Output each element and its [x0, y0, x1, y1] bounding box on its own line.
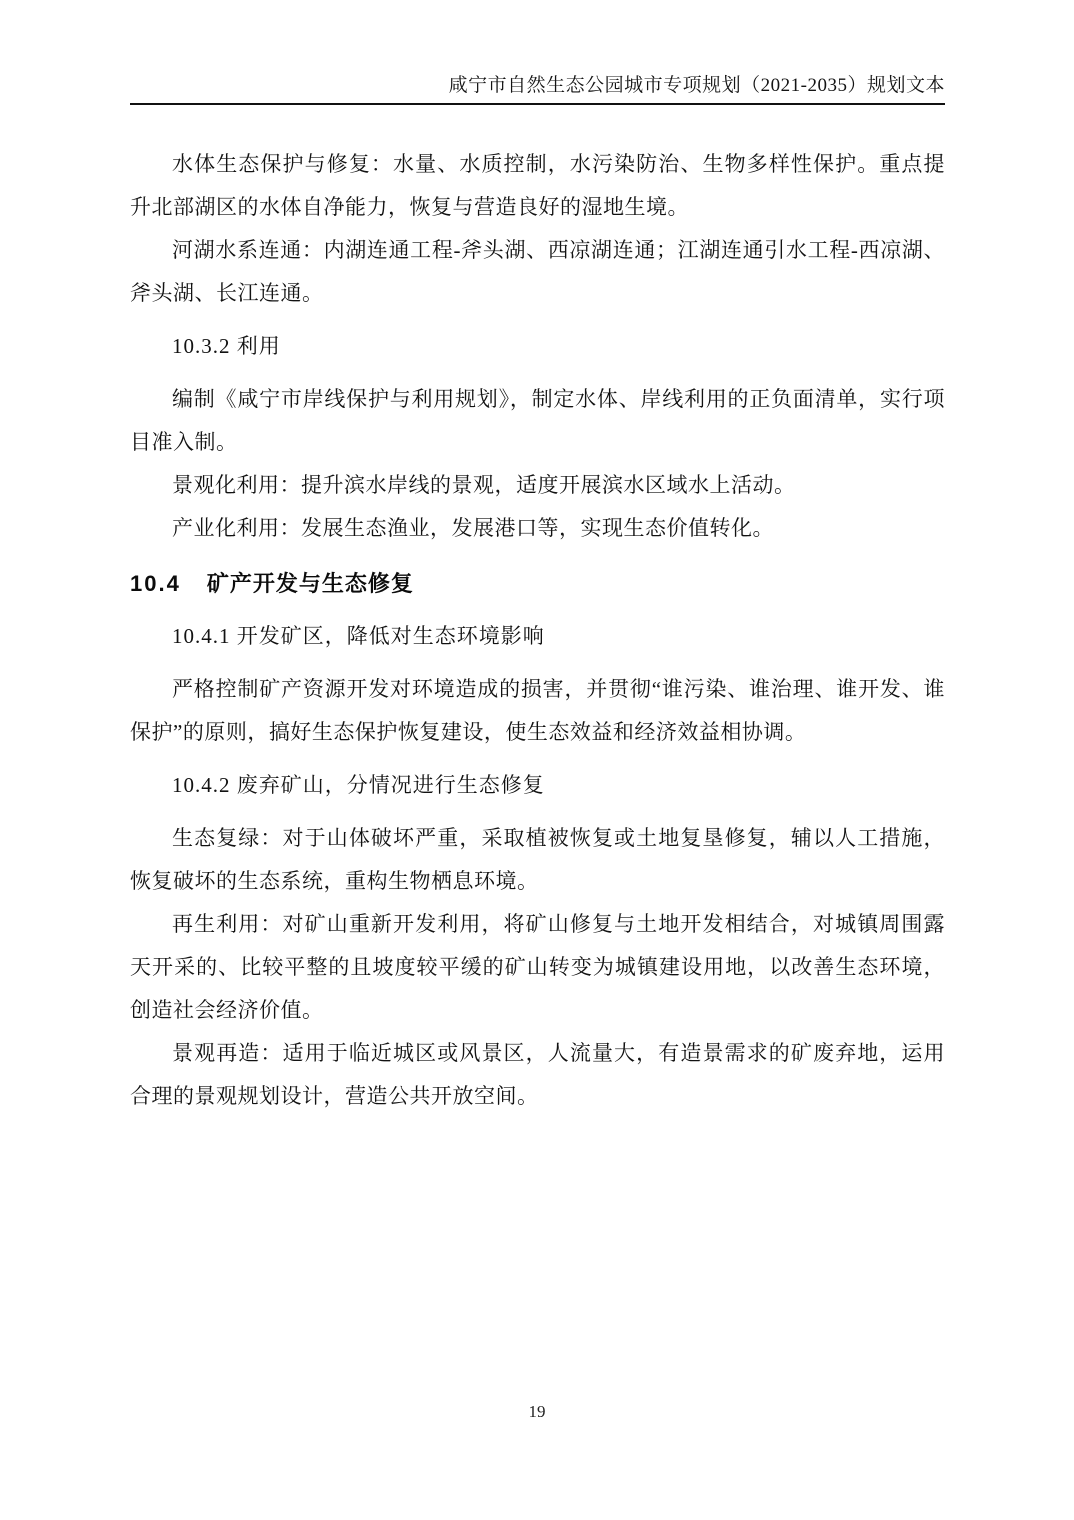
paragraph-landscape-recreation: 景观再造：适用于临近城区或风景区，人流量大，有造景需求的矿废弃地，运用合理的景观…	[130, 1032, 945, 1118]
section-heading-10-4: 10.4矿产开发与生态修复	[130, 562, 945, 605]
page-number: 19	[529, 1402, 546, 1421]
subsection-heading-10-4-1: 10.4.1 开发矿区，降低对生态环境影响	[130, 615, 945, 658]
paragraph-landscape-utilization: 景观化利用：提升滨水岸线的景观，适度开展滨水区域水上活动。	[130, 464, 945, 507]
subsection-heading-10-4-2: 10.4.2 废弃矿山，分情况进行生态修复	[130, 764, 945, 807]
paragraph-industrial-utilization: 产业化利用：发展生态渔业，发展港口等，实现生态价值转化。	[130, 507, 945, 550]
document-body: 水体生态保护与修复：水量、水质控制，水污染防治、生物多样性保护。重点提升北部湖区…	[130, 105, 945, 1118]
document-page: 咸宁市自然生态公园城市专项规划（2021-2035）规划文本 水体生态保护与修复…	[0, 0, 1074, 1520]
paragraph-ecological-regreening: 生态复绿：对于山体破坏严重，采取植被恢复或土地复垦修复，辅以人工措施，恢复破坏的…	[130, 817, 945, 903]
paragraph-regeneration-use: 再生利用：对矿山重新开发利用，将矿山修复与土地开发相结合，对城镇周围露天开采的、…	[130, 903, 945, 1032]
page-footer: 19	[0, 1402, 1074, 1422]
page-header: 咸宁市自然生态公园城市专项规划（2021-2035）规划文本	[130, 0, 945, 105]
paragraph-river-lake-connection: 河湖水系连通：内湖连通工程-斧头湖、西凉湖连通；江湖连通引水工程-西凉湖、斧头湖…	[130, 229, 945, 315]
header-title: 咸宁市自然生态公园城市专项规划（2021-2035）规划文本	[130, 74, 945, 98]
subsection-heading-10-3-2: 10.3.2 利用	[130, 325, 945, 368]
section-number: 10.4	[130, 571, 181, 596]
paragraph-shoreline-plan: 编制《咸宁市岸线保护与利用规划》，制定水体、岸线利用的正负面清单，实行项目准入制…	[130, 378, 945, 464]
section-title: 矿产开发与生态修复	[207, 571, 414, 596]
paragraph-mining-control: 严格控制矿产资源开发对环境造成的损害，并贯彻“谁污染、谁治理、谁开发、谁保护”的…	[130, 668, 945, 754]
paragraph-water-ecology: 水体生态保护与修复：水量、水质控制，水污染防治、生物多样性保护。重点提升北部湖区…	[130, 143, 945, 229]
